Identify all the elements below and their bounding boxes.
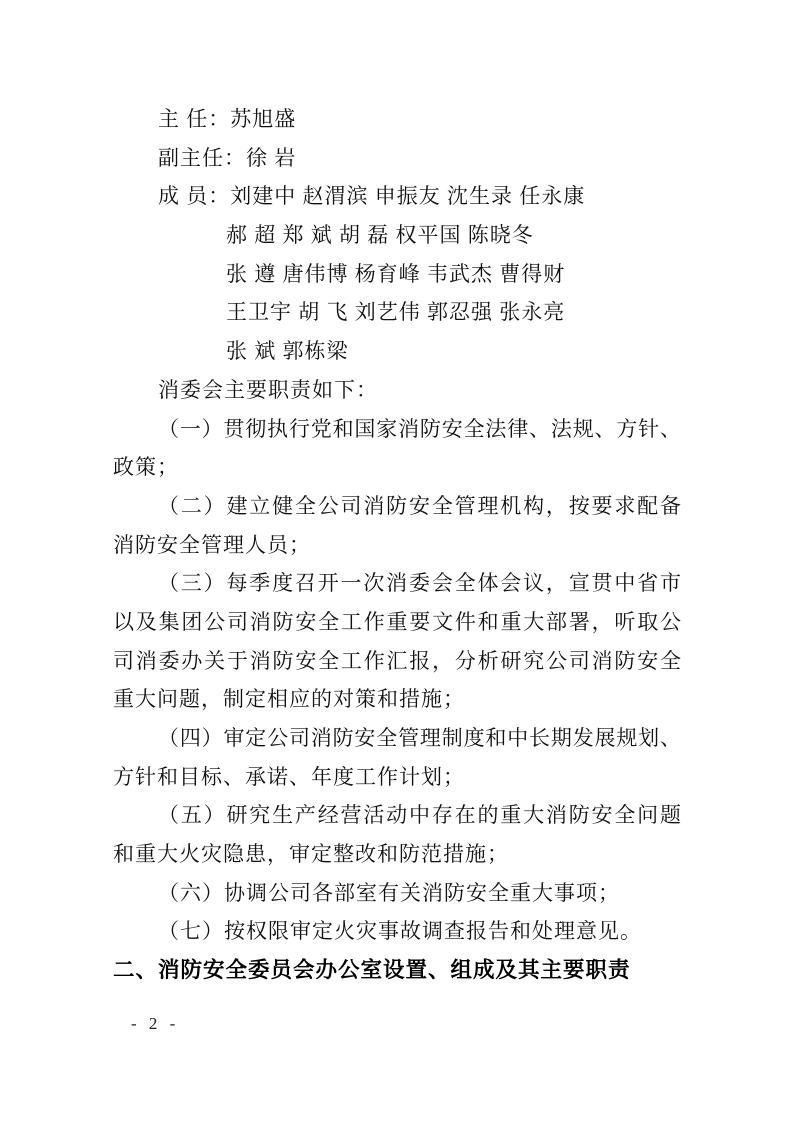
text-line: 司消委办关于消防安全工作汇报，分析研究公司消防安全: [113, 642, 681, 681]
text-line: 政策；: [113, 448, 681, 487]
text-line: 消防安全管理人员；: [113, 526, 681, 565]
text-line: （五）研究生产经营活动中存在的重大消防安全问题: [113, 796, 681, 835]
text-line: 重大问题，制定相应的对策和措施；: [113, 680, 681, 719]
text-line: 郝 超 郑 斌 胡 磊 权平国 陈晓冬: [113, 216, 681, 255]
text-line: 和重大火灾隐患，审定整改和防范措施；: [113, 835, 681, 874]
section-heading: 二、消防安全委员会办公室设置、组成及其主要职责: [113, 951, 681, 990]
text-line: （二）建立健全公司消防安全管理机构，按要求配备: [113, 487, 681, 526]
text-line: （三）每季度召开一次消委会全体会议，宣贯中省市: [113, 564, 681, 603]
text-line: 消委会主要职责如下：: [113, 371, 681, 410]
text-line: 以及集团公司消防安全工作重要文件和重大部署，听取公: [113, 603, 681, 642]
text-line: 主 任：苏旭盛: [113, 100, 681, 139]
text-line: 副主任：徐 岩: [113, 139, 681, 178]
text-line: （六）协调公司各部室有关消防安全重大事项；: [113, 874, 681, 913]
text-line: （四）审定公司消防安全管理制度和中长期发展规划、: [113, 719, 681, 758]
text-line: （七）按权限审定火灾事故调查报告和处理意见。: [113, 912, 681, 951]
text-line: 方针和目标、承诺、年度工作计划；: [113, 758, 681, 797]
text-line: 张 遵 唐伟博 杨育峰 韦武杰 曹得财: [113, 255, 681, 294]
page-number: - 2 -: [131, 1014, 178, 1034]
text-line: 成 员：刘建中 赵渭滨 申振友 沈生录 任永康: [113, 177, 681, 216]
text-line: 张 斌 郭栋梁: [113, 332, 681, 371]
text-line: 王卫宇 胡 飞 刘艺伟 郭忍强 张永亮: [113, 293, 681, 332]
document-page: 主 任：苏旭盛副主任：徐 岩成 员：刘建中 赵渭滨 申振友 沈生录 任永康郝 超…: [0, 0, 794, 1123]
text-line: （一）贯彻执行党和国家消防安全法律、法规、方针、: [113, 410, 681, 449]
document-body: 主 任：苏旭盛副主任：徐 岩成 员：刘建中 赵渭滨 申振友 沈生录 任永康郝 超…: [113, 100, 681, 990]
